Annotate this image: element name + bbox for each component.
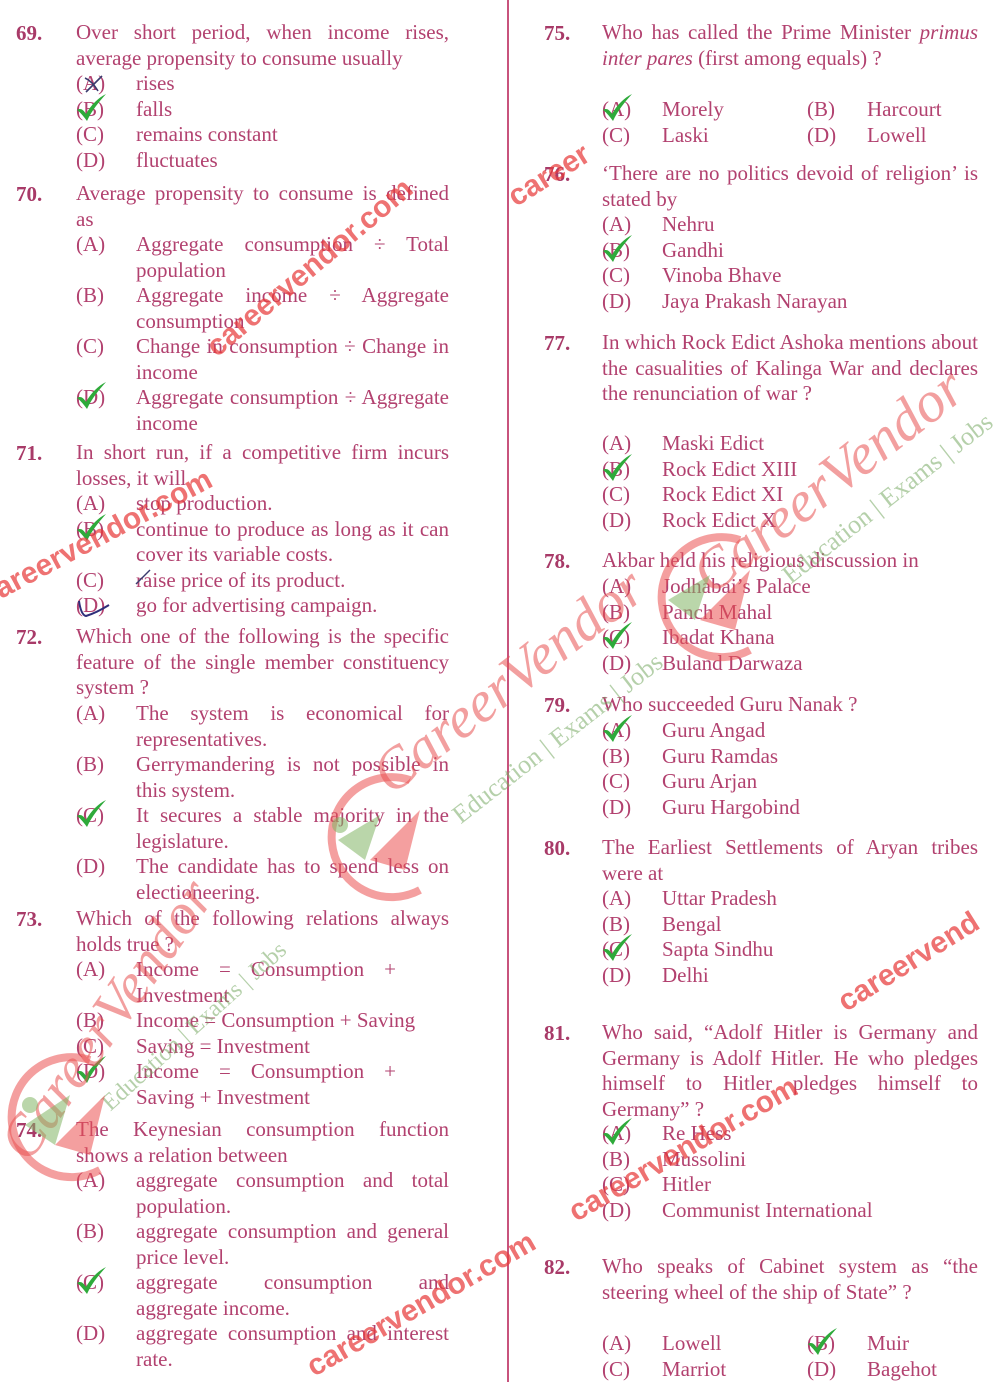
option-label: (B) [602, 912, 642, 938]
option-text: rises [136, 71, 175, 95]
question-number: 77. [544, 330, 570, 356]
question-text: Akbar held his religious discussion in [602, 548, 978, 574]
option-b[interactable]: (B)Guru Ramdas [602, 744, 978, 770]
option-d[interactable]: (D)Income = Consumption + Saving + Inves… [76, 1059, 396, 1110]
option-text: Income = Consumption + Saving [136, 1008, 415, 1032]
options: (A)Uttar Pradesh (B)Bengal (C)Sapta Sind… [602, 886, 978, 988]
option-label: (A) [76, 491, 116, 517]
option-label: (C) [602, 482, 642, 508]
question-number: 74. [16, 1117, 42, 1143]
option-label: (B) [602, 744, 642, 770]
option-label: (A) [602, 1331, 642, 1357]
option-text: continue to produce as long as it can co… [136, 517, 449, 567]
option-d[interactable]: (D)aggregate consumption and interest ra… [76, 1321, 449, 1372]
option-c[interactable]: (C)Rock Edict XI [602, 482, 978, 508]
option-label: (D) [602, 651, 642, 677]
option-label: (B) [76, 97, 116, 123]
column-divider [507, 0, 509, 1382]
option-text: aggregate consumption and aggregate inco… [136, 1270, 449, 1320]
option-b[interactable]: (B)Rock Edict XIII [602, 457, 978, 483]
option-label: (A) [602, 574, 642, 600]
option-label: (D) [76, 385, 116, 411]
option-d[interactable]: (D)go for advertising campaign. [76, 593, 449, 619]
options: (A)The system is economical for represen… [76, 701, 449, 905]
option-label: (B) [76, 283, 116, 309]
option-label: (C) [76, 568, 116, 594]
option-c[interactable]: (C)Change in consumption ÷ Change in inc… [76, 334, 449, 385]
option-a[interactable]: (A)Jodhabai’s Palace [602, 574, 978, 600]
option-label: (B) [76, 1008, 116, 1034]
option-text: The system is economical for representat… [136, 701, 449, 751]
option-b[interactable]: (B)Bengal [602, 912, 978, 938]
option-text: Gandhi [662, 238, 724, 262]
option-text: Aggregate consumption ÷ Aggregate income [136, 385, 449, 435]
option-text: Guru Hargobind [662, 795, 800, 819]
option-a[interactable]: (A)The system is economical for represen… [76, 701, 449, 752]
question-text: Which one of the following is the specif… [76, 624, 449, 701]
option-c[interactable]: (C)Saving = Investment [76, 1034, 449, 1060]
question-text: Over short period, when income rises, av… [76, 20, 449, 71]
option-label: (C) [76, 334, 116, 360]
option-text: Rock Edict XI [662, 482, 783, 506]
option-text: Bengal [662, 912, 721, 936]
option-text: Sapta Sindhu [662, 937, 773, 961]
options: (A)rises (B)falls (C)remains constant (D… [76, 71, 449, 173]
option-label: (D) [807, 1357, 847, 1383]
option-a[interactable]: (A)Lowell [602, 1331, 807, 1357]
option-label: (C) [76, 1034, 116, 1060]
option-a[interactable]: (A)stop production. [76, 491, 449, 517]
option-label: (A) [602, 718, 642, 744]
option-label: (A) [76, 957, 116, 983]
question-text: Who succeeded Guru Nanak ? [602, 692, 978, 718]
option-label: (A) [602, 97, 642, 123]
option-text: It secures a stable majority in the legi… [136, 803, 449, 853]
option-text: aggregate consumption and interest rate. [136, 1321, 449, 1371]
option-label: (C) [602, 1357, 642, 1383]
option-d[interactable]: (D)Aggregate consumption ÷ Aggregate inc… [76, 385, 449, 436]
option-a[interactable]: (A)Re Hess [602, 1121, 978, 1147]
question-text: The Earliest Settlements of Aryan tribes… [602, 835, 978, 886]
option-d[interactable]: (D)Jaya Prakash Narayan [602, 289, 978, 315]
option-c[interactable]: (C)Sapta Sindhu [602, 937, 978, 963]
options: (A)Re Hess (B)Mussolini (C)Hitler (D)Com… [602, 1121, 978, 1223]
options: (A)Lowell (B)Muir (C)Marriot (D)Bagehot [602, 1331, 978, 1382]
option-text: Guru Ramdas [662, 744, 778, 768]
option-c[interactable]: (C)Hitler [602, 1172, 978, 1198]
options: (A)Nehru (B)Gandhi (C)Vinoba Bhave (D)Ja… [602, 212, 978, 314]
question-number: 80. [544, 835, 570, 861]
option-label: (C) [602, 937, 642, 963]
option-text: Bagehot [867, 1357, 937, 1381]
option-text: Guru Arjan [662, 769, 757, 793]
option-b[interactable]: (B)Mussolini [602, 1147, 978, 1173]
option-d[interactable]: (D)Bagehot [807, 1357, 978, 1383]
question-number: 75. [544, 20, 570, 46]
option-text: Panch Mahal [662, 600, 772, 624]
option-text: Laski [662, 123, 709, 147]
option-text: Change in consumption ÷ Change in income [136, 334, 449, 384]
option-label: (A) [602, 886, 642, 912]
option-text: Communist International [662, 1198, 873, 1222]
question-text: In which Rock Edict Ashoka mentions abou… [602, 330, 978, 407]
option-text: Re Hess [662, 1121, 731, 1145]
option-text: go for advertising campaign. [136, 593, 377, 617]
option-d[interactable]: (D)Buland Darwaza [602, 651, 978, 677]
option-text: The candidate has to spend less on elect… [136, 854, 449, 904]
option-d[interactable]: (D)Guru Hargobind [602, 795, 978, 821]
option-text: Jaya Prakash Narayan [662, 289, 847, 313]
option-label: (A) [76, 232, 116, 258]
options: (A)Income = Consumption + Investment (B)… [76, 957, 449, 1110]
question-number: 72. [16, 624, 42, 650]
option-a[interactable]: (A)Aggregate consumption ÷ Total populat… [76, 232, 449, 283]
option-text: Jodhabai’s Palace [662, 574, 811, 598]
option-text: Ibadat Khana [662, 625, 775, 649]
option-text: stop production. [136, 491, 273, 515]
option-a[interactable]: (A)Income = Consumption + Investment [76, 957, 396, 1008]
option-d[interactable]: (D)Delhi [602, 963, 978, 989]
option-label: (A) [76, 71, 116, 97]
option-text: Saving = Investment [136, 1034, 310, 1058]
option-label: (D) [76, 593, 116, 619]
option-c[interactable]: (C)Marriot [602, 1357, 807, 1383]
question-text: Which of the following relations always … [76, 906, 449, 957]
option-text: Income = Consumption + Investment [136, 957, 396, 1007]
options: (A)Guru Angad (B)Guru Ramdas (C)Guru Arj… [602, 718, 978, 820]
option-text: Gerrymandering is not possible in this s… [136, 752, 449, 802]
option-text: aggregate consumption and general price … [136, 1219, 449, 1269]
question-text: Who has called the Prime Minister primus… [602, 20, 978, 71]
option-label: (C) [602, 1172, 642, 1198]
option-label: (A) [602, 431, 642, 457]
option-label: (B) [807, 1331, 847, 1357]
option-a[interactable]: (A)Maski Edict [602, 431, 978, 457]
option-a[interactable]: (A)rises [76, 71, 449, 97]
question-text: The Keynesian consumption function shows… [76, 1117, 449, 1168]
question-number: 69. [16, 20, 42, 46]
option-text: Guru Angad [662, 718, 765, 742]
option-text: Mussolini [662, 1147, 746, 1171]
option-a[interactable]: (A)aggregate consumption and total popul… [76, 1168, 449, 1219]
option-label: (B) [602, 238, 642, 264]
option-c[interactable]: (C)Guru Arjan [602, 769, 978, 795]
option-text: Buland Darwaza [662, 651, 803, 675]
question-text: ‘There are no politics devoid of religio… [602, 161, 978, 212]
option-b[interactable]: (B)Income = Consumption + Saving [76, 1008, 536, 1034]
option-label: (A) [76, 701, 116, 727]
option-text: Vinoba Bhave [662, 263, 781, 287]
option-label: (A) [602, 212, 642, 238]
question-number: 82. [544, 1254, 570, 1280]
option-d[interactable]: (D)The candidate has to spend less on el… [76, 854, 449, 905]
option-text: fluctuates [136, 148, 218, 172]
option-label: (D) [602, 289, 642, 315]
option-label: (D) [76, 1321, 116, 1347]
question-number: 73. [16, 906, 42, 932]
option-label: (C) [76, 122, 116, 148]
option-a[interactable]: (A)Guru Angad [602, 718, 978, 744]
option-text: Harcourt [867, 97, 942, 121]
option-text: Nehru [662, 212, 714, 236]
option-text: Income = Consumption + Saving + Investme… [136, 1059, 396, 1109]
option-text: Lowell [867, 123, 926, 147]
option-text: Delhi [662, 963, 709, 987]
option-label: (C) [76, 1270, 116, 1296]
option-d[interactable]: (D)Rock Edict X [602, 508, 978, 534]
option-label: (B) [76, 752, 116, 778]
question-number: 71. [16, 440, 42, 466]
option-b[interactable]: (B)Gerrymandering is not possible in thi… [76, 752, 449, 803]
options: (A)Jodhabai’s Palace (B)Panch Mahal (C)I… [602, 574, 978, 676]
option-b[interactable]: (B)aggregate consumption and general pri… [76, 1219, 449, 1270]
option-b[interactable]: (B)Gandhi [602, 238, 978, 264]
option-label: (D) [76, 148, 116, 174]
option-text: Maski Edict [662, 431, 764, 455]
option-d[interactable]: (D)fluctuates [76, 148, 449, 174]
question-text: Who speaks of Cabinet system as “the ste… [602, 1254, 978, 1305]
option-label: (D) [602, 795, 642, 821]
option-label: (A) [602, 1121, 642, 1147]
question-number: 79. [544, 692, 570, 718]
option-label: (B) [602, 457, 642, 483]
option-c[interactable]: (C)aggregate consumption and aggregate i… [76, 1270, 449, 1321]
option-label: (B) [76, 1219, 116, 1245]
option-text: Hitler [662, 1172, 711, 1196]
option-b[interactable]: (B)Panch Mahal [602, 600, 978, 626]
option-text: aggregate consumption and total populati… [136, 1168, 449, 1218]
option-label: (D) [602, 1198, 642, 1224]
option-text: Muir [867, 1331, 909, 1355]
option-label: (B) [807, 97, 847, 123]
option-b[interactable]: (B)continue to produce as long as it can… [76, 517, 449, 568]
options: (A)stop production. (B)continue to produ… [76, 491, 449, 619]
option-b[interactable]: (B)Muir [807, 1331, 978, 1357]
question-text-part: Who has called the Prime Minister [602, 20, 920, 44]
question-text: Who said, “Adolf Hitler is Germany and G… [602, 1020, 978, 1122]
option-label: (D) [807, 123, 847, 149]
option-text: Aggregate consumption ÷ Total population [136, 232, 449, 282]
option-label: (A) [76, 1168, 116, 1194]
option-d[interactable]: (D)Lowell [807, 123, 978, 149]
option-text: Marriot [662, 1357, 726, 1381]
option-label: (B) [602, 600, 642, 626]
option-label: (D) [76, 1059, 116, 1085]
option-label: (C) [602, 625, 642, 651]
option-text: Morely [662, 97, 724, 121]
question-number: 81. [544, 1020, 570, 1046]
option-label: (B) [76, 517, 116, 543]
option-label: (C) [76, 803, 116, 829]
option-text: Aggregate income ÷ Aggregate consumption [136, 283, 449, 333]
option-text: Rock Edict XIII [662, 457, 797, 481]
option-label: (D) [76, 854, 116, 880]
option-c[interactable]: (C)It secures a stable majority in the l… [76, 803, 449, 854]
options: (A)aggregate consumption and total popul… [76, 1168, 449, 1372]
option-text: raise price of its product. [136, 568, 345, 592]
question-text: In short run, if a competitive firm incu… [76, 440, 449, 491]
option-c[interactable]: (C)remains constant [76, 122, 449, 148]
option-label: (C) [602, 123, 642, 149]
option-a[interactable]: (A)Morely [602, 97, 807, 123]
question-text: Average propensity to consume is defined… [76, 181, 449, 232]
option-c[interactable]: (C)Vinoba Bhave [602, 263, 978, 289]
option-label: (B) [602, 1147, 642, 1173]
option-label: (C) [602, 263, 642, 289]
option-a[interactable]: (A)Uttar Pradesh [602, 886, 978, 912]
option-text: falls [136, 97, 172, 121]
option-b[interactable]: (B)Harcourt [807, 97, 978, 123]
option-a[interactable]: (A)Nehru [602, 212, 978, 238]
question-number: 70. [16, 181, 42, 207]
options: (A)Aggregate consumption ÷ Total populat… [76, 232, 449, 436]
options: (A)Maski Edict (B)Rock Edict XIII (C)Roc… [602, 431, 978, 533]
option-c[interactable]: (C)Laski [602, 123, 807, 149]
option-c[interactable]: (C)Ibadat Khana [602, 625, 978, 651]
option-text: Uttar Pradesh [662, 886, 777, 910]
option-label: (D) [602, 963, 642, 989]
question-number: 78. [544, 548, 570, 574]
option-label: (C) [602, 769, 642, 795]
option-d[interactable]: (D)Communist International [602, 1198, 978, 1224]
option-b[interactable]: (B)falls [76, 97, 449, 123]
options: (A)Morely (B)Harcourt (C)Laski (D)Lowell [602, 97, 978, 148]
question-text-part: (first among equals) ? [693, 46, 882, 70]
option-b[interactable]: (B)Aggregate income ÷ Aggregate consumpt… [76, 283, 449, 334]
option-text: Lowell [662, 1331, 721, 1355]
option-text: remains constant [136, 122, 278, 146]
option-c[interactable]: (C)raise price of its product. [76, 568, 449, 594]
question-number: 76. [544, 161, 570, 187]
option-text: Rock Edict X [662, 508, 776, 532]
option-label: (D) [602, 508, 642, 534]
